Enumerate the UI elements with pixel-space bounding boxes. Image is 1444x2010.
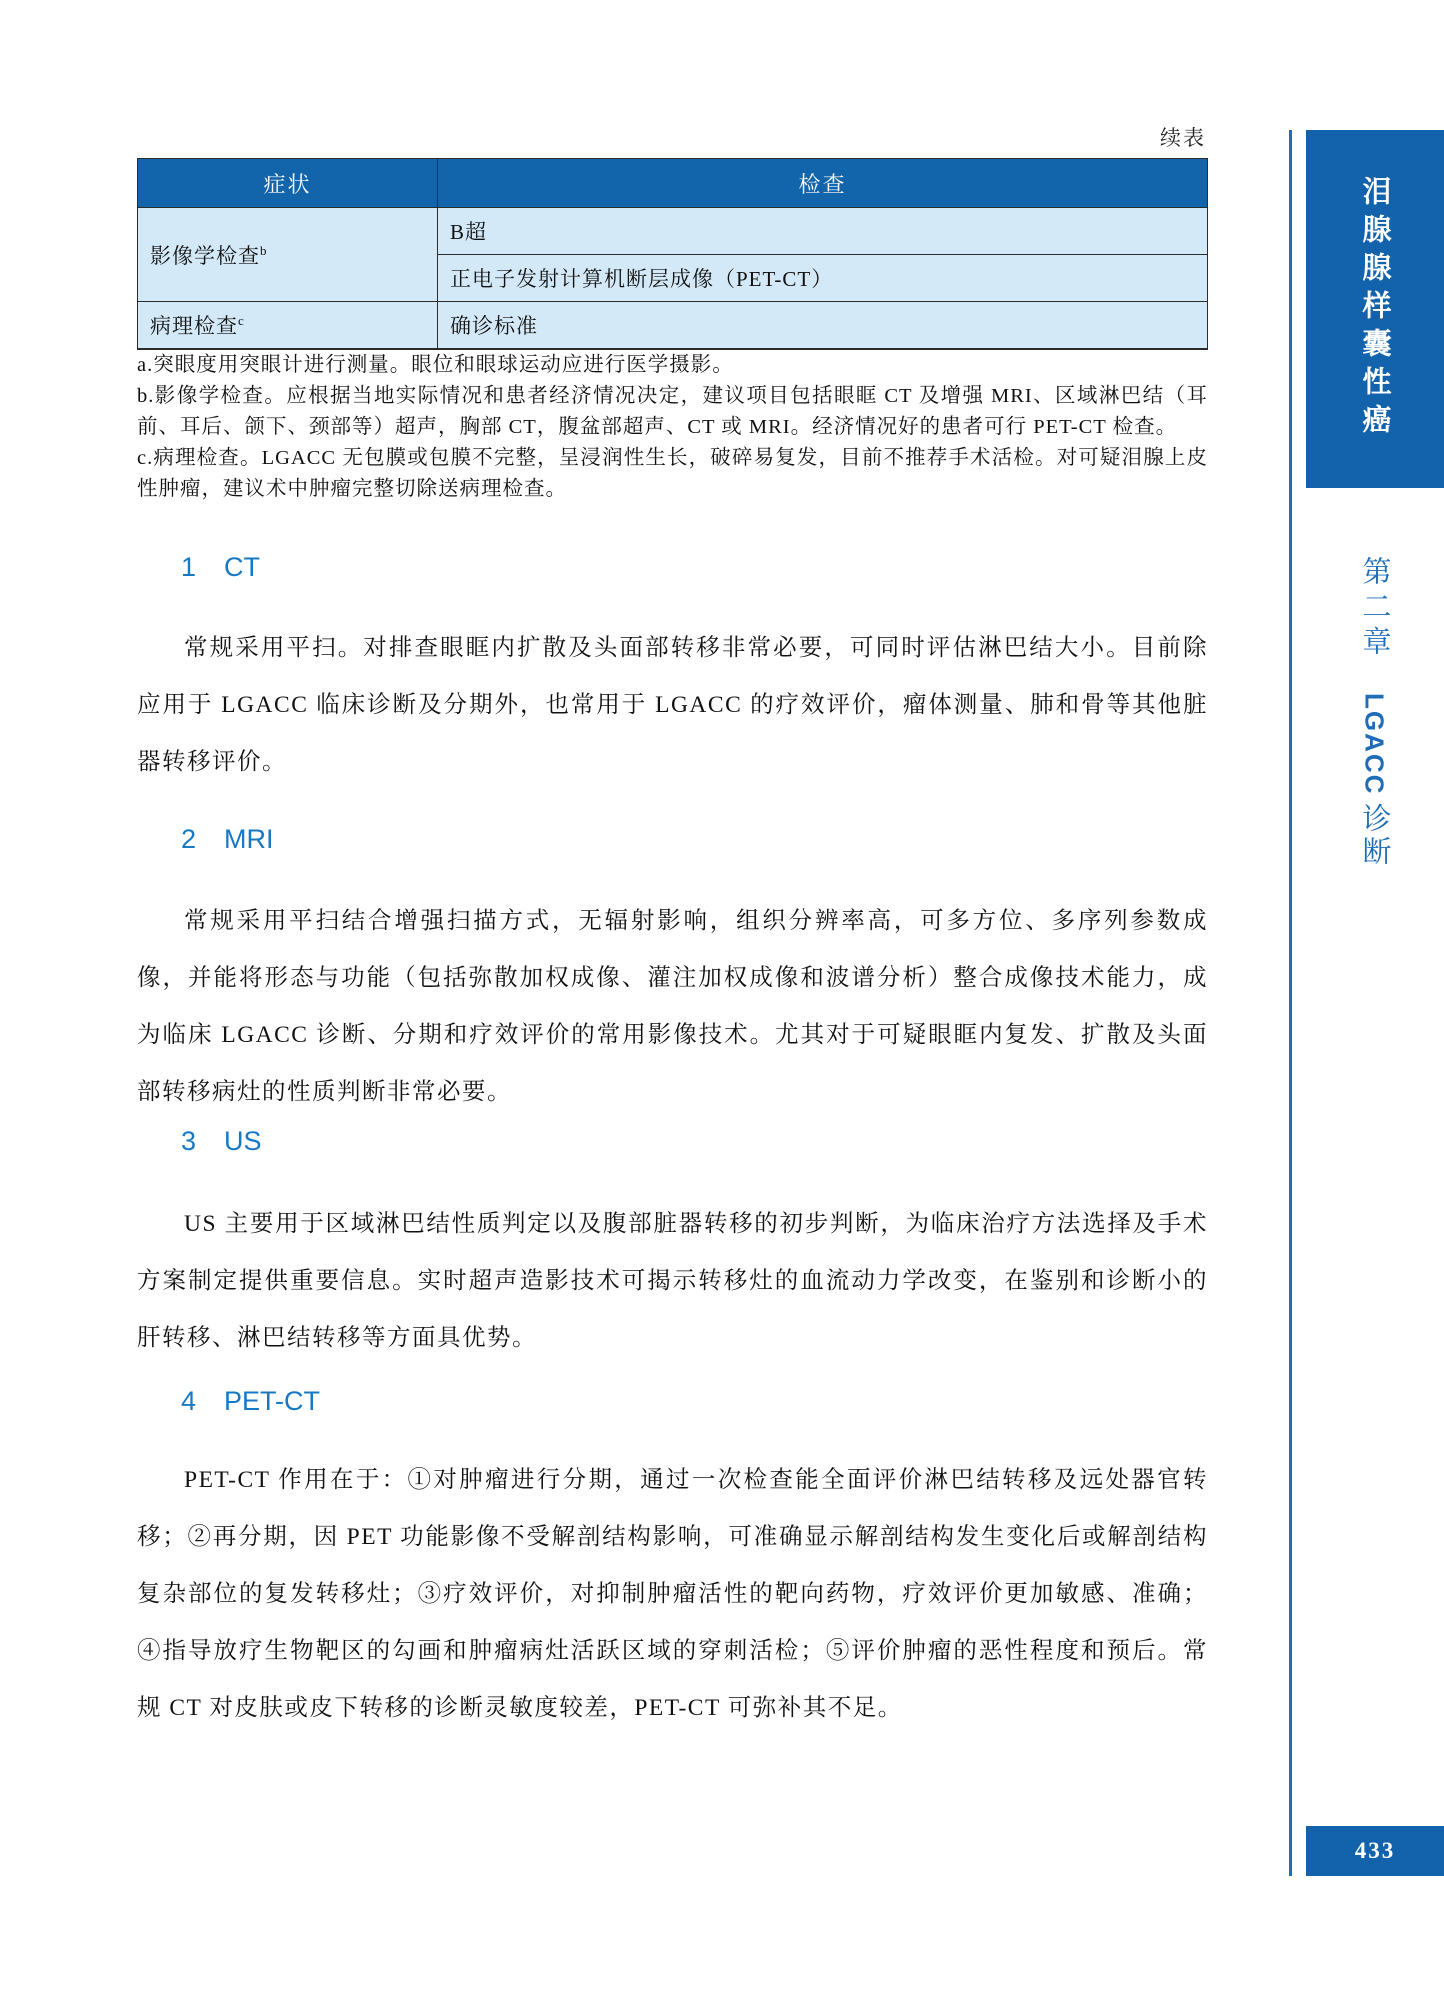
section-heading-ct: 1 CT	[181, 552, 260, 583]
footnote-marker-c: c	[238, 313, 245, 328]
symptom-label: 影像学检查	[150, 244, 260, 268]
table-header-symptom: 症状	[138, 159, 438, 208]
chapter-title-latin: LGACC	[1360, 665, 1390, 795]
section-title: CT	[224, 552, 260, 583]
footnote-a: a.突眼度用突眼计进行测量。眼位和眼球运动应进行医学摄影。	[137, 350, 1208, 381]
sidebar-divider-line	[1289, 130, 1292, 1876]
section-title: US	[224, 1126, 262, 1157]
section-heading-us: 3 US	[181, 1126, 262, 1157]
section-number: 3	[181, 1126, 196, 1157]
table-footnotes: a.突眼度用突眼计进行测量。眼位和眼球运动应进行医学摄影。 b.影像学检查。应根…	[137, 350, 1208, 505]
symptom-check-table: 症状 检查 影像学检查b B超 正电子发射计算机断层成像（PET-CT） 病理检…	[137, 158, 1208, 350]
symptom-label: 病理检查	[150, 314, 238, 338]
table-header-row: 症状 检查	[138, 159, 1208, 208]
document-page: 续表 症状 检查 影像学检查b B超 正电子发射计算机断层成像（PET-CT） …	[0, 0, 1444, 2010]
continued-table-label: 续表	[1160, 122, 1206, 152]
chapter-title-cjk: 诊断	[1359, 799, 1391, 869]
page-number: 433	[1355, 1838, 1396, 1864]
table-cell-b-ultrasound: B超	[438, 208, 1208, 255]
chapter-tab-title: 泪腺腺样囊性癌	[1355, 176, 1396, 442]
section-body-us: US 主要用于区域淋巴结性质判定以及腹部脏器转移的初步判断，为临床治疗方法选择及…	[137, 1196, 1208, 1367]
section-title: PET-CT	[224, 1386, 320, 1417]
section-body-mri: 常规采用平扫结合增强扫描方式，无辐射影响，组织分辨率高，可多方位、多序列参数成像…	[137, 893, 1208, 1121]
section-heading-mri: 2 MRI	[181, 824, 274, 855]
chapter-tab: 泪腺腺样囊性癌	[1306, 130, 1444, 488]
page-number-badge: 433	[1306, 1826, 1444, 1876]
section-number: 4	[181, 1386, 196, 1417]
table-cell-diagnosis-standard: 确诊标准	[438, 302, 1208, 350]
section-heading-pet-ct: 4 PET-CT	[181, 1386, 320, 1417]
footnote-b: b.影像学检查。应根据当地实际情况和患者经济情况决定，建议项目包括眼眶 CT 及…	[137, 381, 1208, 443]
section-number: 2	[181, 824, 196, 855]
table-row: 病理检查c 确诊标准	[138, 302, 1208, 350]
table-cell-imaging-exam: 影像学检查b	[138, 208, 438, 302]
table-header-check: 检查	[438, 159, 1208, 208]
table-row: 影像学检查b B超	[138, 208, 1208, 255]
table-cell-pathology-exam: 病理检查c	[138, 302, 438, 350]
main-text-column: 续表 症状 检查 影像学检查b B超 正电子发射计算机断层成像（PET-CT） …	[137, 0, 1208, 2010]
section-body-ct: 常规采用平扫。对排查眼眶内扩散及头面部转移非常必要，可同时评估淋巴结大小。目前除…	[137, 620, 1208, 791]
section-number: 1	[181, 552, 196, 583]
chapter-number-label: 第二章	[1359, 556, 1391, 661]
section-body-pet-ct: PET-CT 作用在于：①对肿瘤进行分期，通过一次检查能全面评价淋巴结转移及远处…	[137, 1452, 1208, 1737]
table-cell-pet-ct: 正电子发射计算机断层成像（PET-CT）	[438, 255, 1208, 302]
section-title: MRI	[224, 824, 274, 855]
chapter-sidebar-title: 第二章 LGACC 诊断	[1306, 556, 1444, 1256]
footnote-marker-b: b	[260, 243, 268, 258]
footnote-c: c.病理检查。LGACC 无包膜或包膜不完整，呈浸润性生长，破碎易复发，目前不推…	[137, 443, 1208, 505]
